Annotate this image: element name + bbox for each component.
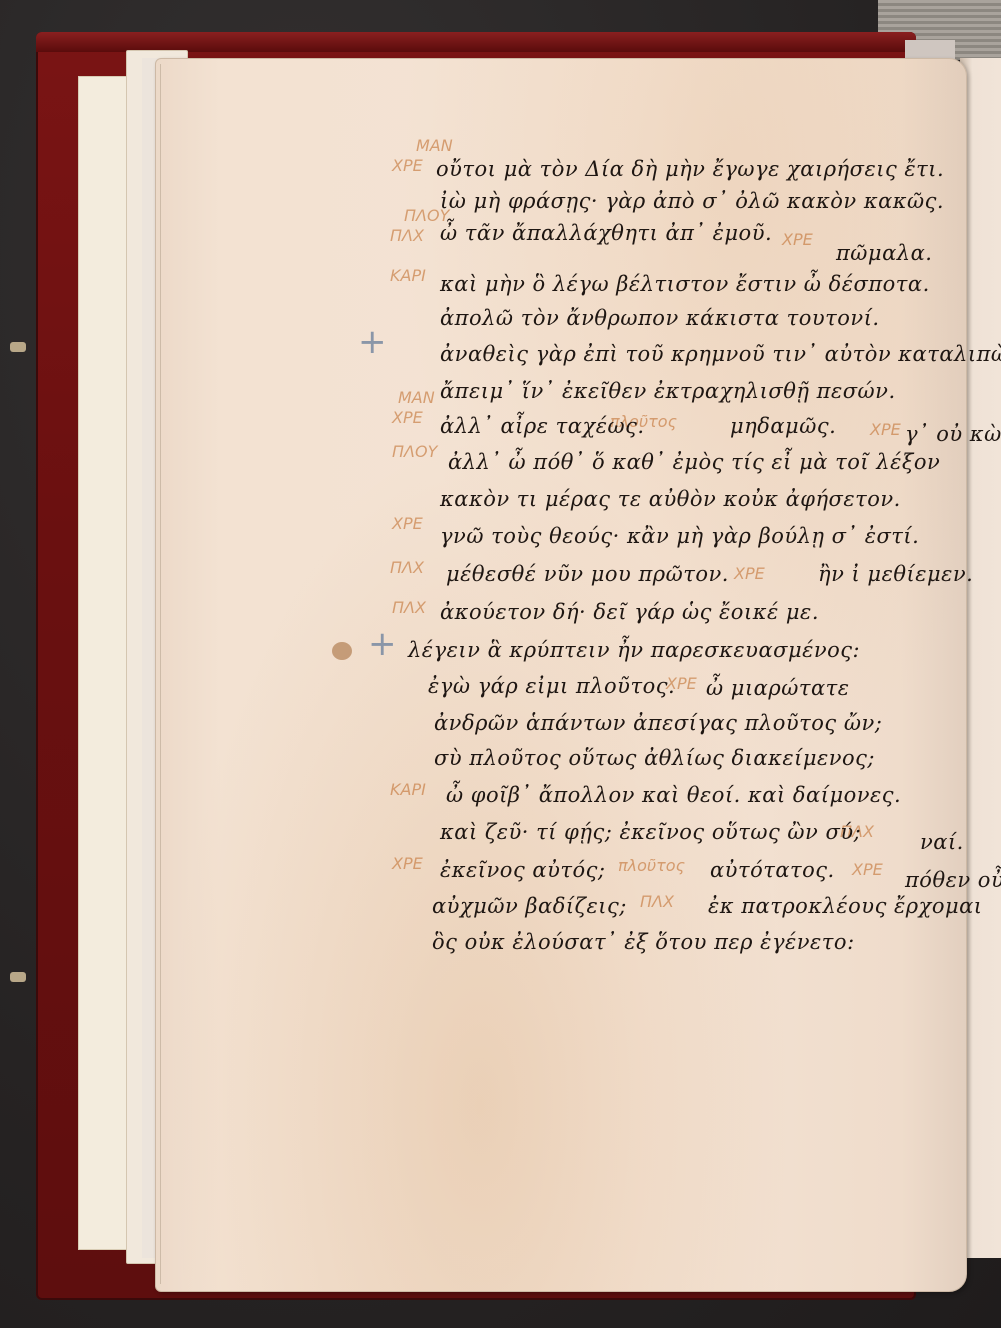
text-line: καὶ ζεῦ· τί φῄς; ἐκεῖνος οὕτως ὢν σύ; — [440, 820, 861, 844]
stain-spot — [332, 642, 352, 660]
text-line: ἰὼ μὴ φράσῃς· γὰρ ἀπὸ σ᾽ ὀλῶ κακὸν κακῶς… — [440, 189, 944, 213]
speaker-label: ΧΡΕ — [734, 564, 765, 583]
text-line: μέθεσθέ νῦν μου πρῶτον. — [446, 562, 729, 586]
text-line: κακὸν τι μέρας τε αὐθὸν κοὐκ ἀφήσετον. — [440, 487, 901, 511]
speaker-label: ΜΑΝ — [398, 388, 435, 407]
text-line: καὶ μὴν ὃ λέγω βέλτιστον ἔστιν ὦ δέσποτα… — [440, 272, 930, 296]
speaker-label: ΧΡΕ — [870, 420, 901, 439]
page-fold — [160, 64, 167, 1284]
binding-pin — [10, 342, 26, 352]
text-line: ἢν ἰ μεθίεμεν. — [818, 562, 973, 586]
speaker-label: ΜΑΝ — [416, 136, 453, 155]
text-line: ἀκούετον δή· δεῖ γάρ ὡς ἔοικέ με. — [440, 600, 819, 624]
speaker-label: ΧΡΕ — [852, 860, 883, 879]
binding-top-edge — [36, 32, 916, 52]
text-line: ναί. — [920, 830, 964, 854]
text-line: αὐτότατος. — [710, 858, 835, 882]
speaker-label: ΧΡΕ — [392, 156, 423, 175]
text-line: λέγειν ἃ κρύπτειν ἦν παρεσκευασμένος: — [408, 638, 860, 662]
text-line: ὦ φοῖβ᾽ ἄπολλον καὶ θεοί. καὶ δαίμονες. — [446, 783, 901, 807]
speaker-label: πλοῦτος — [618, 856, 685, 875]
binding-pin — [10, 972, 26, 982]
text-line: ἐκεῖνος αὐτός; — [440, 858, 605, 882]
text-line: οὔτοι μὰ τὸν Δία δὴ μὴν ἔγωγε χαιρήσεις … — [436, 157, 944, 181]
speaker-label: ΠΛΧ — [392, 598, 426, 617]
speaker-label: ΠΛΟΥ — [392, 442, 437, 461]
text-line: ἀλλ᾽ αἶρε ταχέως. — [440, 414, 645, 438]
speaker-label: ΚΑΡΙ — [390, 780, 426, 799]
text-line: ἐκ πατροκλέους ἔρχομαι — [708, 894, 983, 918]
text-line: σὺ πλοῦτος οὕτως ἀθλίως διακείμενος; — [434, 746, 875, 770]
text-line: γνῶ τοὺς θεούς· κἂν μὴ γὰρ βούλῃ σ᾽ ἐστί… — [440, 524, 919, 548]
speaker-label: ΧΡΕ — [782, 230, 813, 249]
text-line: πῶμαλα. — [836, 241, 932, 265]
text-line: ἀπολῶ τὸν ἄνθρωπον κάκιστα τουτονί. — [440, 306, 880, 330]
text-line: ὦ τᾶν ἄπαλλάχθητι ἀπ᾽ ἐμοῦ. — [440, 221, 772, 245]
pencil-cross-mark: + — [368, 624, 397, 664]
speaker-label: ΠΛΧ — [390, 226, 424, 245]
speaker-label: ΧΡΕ — [392, 408, 423, 427]
text-line: μηδαμῶς. — [730, 414, 836, 438]
speaker-label: ΧΡΕ — [392, 514, 423, 533]
pencil-cross-mark: + — [358, 322, 387, 362]
speaker-label: ΧΡΕ — [392, 854, 423, 873]
speaker-label: ΠΛΧ — [390, 558, 424, 577]
text-line: ἀνδρῶν ἁπάντων ἀπεσίγας πλοῦτος ὤν; — [434, 711, 882, 735]
speaker-label: ΚΑΡΙ — [390, 266, 426, 285]
text-line: ὃς οὐκ ἐλούσατ᾽ ἐξ ὅτου περ ἐγένετο: — [432, 930, 855, 954]
speaker-label: ΠΛΧ — [640, 892, 674, 911]
text-line: πόθεν οὖν — [905, 868, 1001, 892]
text-line: γ᾽ οὐ κὼν — [905, 422, 1001, 446]
text-line: ὦ μιαρώτατε — [706, 676, 850, 700]
text-line: ἄπειμ᾽ ἵν᾽ ἐκεῖθεν ἐκτραχηλισθῇ πεσών. — [440, 379, 896, 403]
text-line: ἐγὼ γάρ εἰμι πλοῦτος. — [428, 674, 675, 698]
text-line: ἀναθεὶς γὰρ ἐπὶ τοῦ κρημνοῦ τιν᾽ αὐτὸν κ… — [440, 342, 1001, 366]
text-line: αὐχμῶν βαδίζεις; — [432, 894, 627, 918]
text-line: ἀλλ᾽ ὦ πόθ᾽ ὅ καθ᾽ ἐμὸς τίς εἶ μὰ τοῖ λέ… — [448, 450, 940, 474]
